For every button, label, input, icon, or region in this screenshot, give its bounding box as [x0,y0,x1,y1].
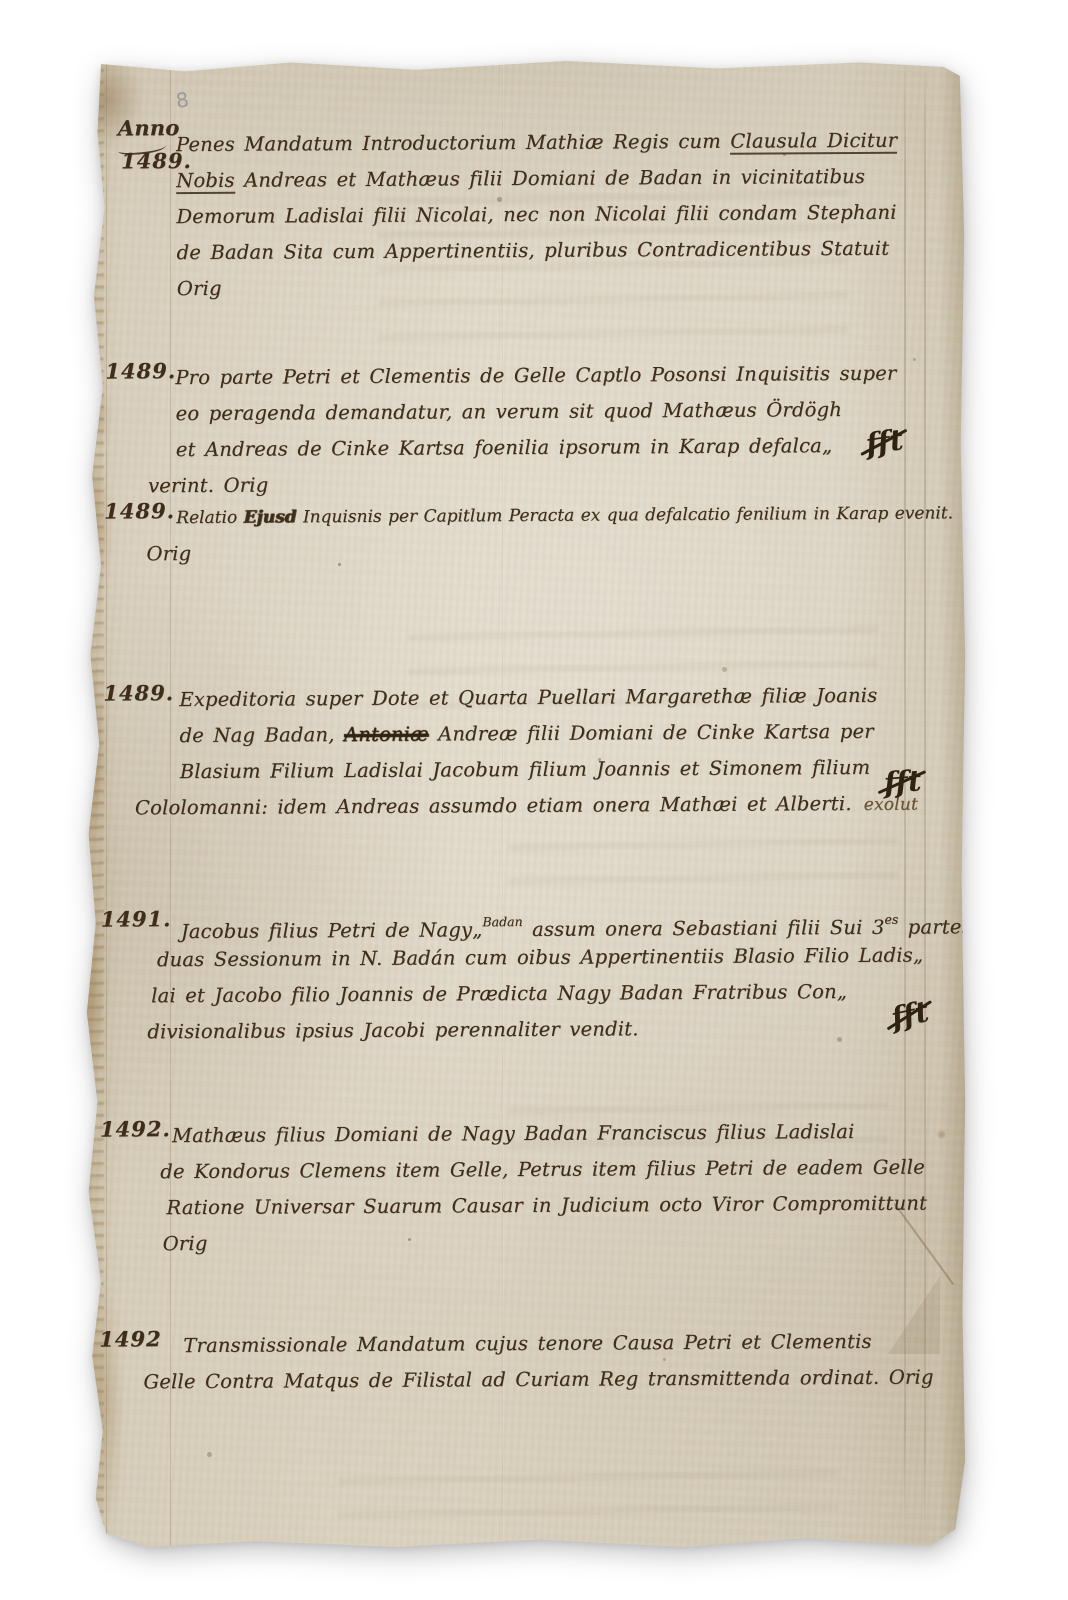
year-column: Anno 1489. [118,115,180,140]
crossed-margin-mark: fft [889,997,932,1033]
entry-text-line: eo peragenda demandatur, an verum sit qu… [176,392,897,432]
superscript-insertion: Badan [482,914,522,929]
entry-year: 1489. [104,498,175,523]
entry-text-line: Jacobus filius Petri de Nagy„Badan assum… [181,901,983,942]
entry-text-line: divisionalibus ipsius Jacobi perennalite… [147,1009,983,1050]
entry-text-line: Gelle Contra Matqus de Filistal ad Curia… [143,1359,933,1400]
entry-text-line: duas Sessionum in N. Badán cum oibus App… [157,937,983,978]
entry-text: Relatio Ejusd Inquisnis per Capitlum Per… [176,495,953,572]
manuscript-page-wrap: 8 Anno 1489. Penes Mandatum Introductori… [78,58,966,1550]
text-segment: Penes Mandatum Introductorium Mathiæ Reg… [176,130,731,156]
entry-year: 1491. [101,906,172,931]
entry-text-line: Blasium Filium Ladislai Jacobum filium J… [180,750,918,791]
entry-text-line: de Badan Sita cum Appertinentiis, plurib… [177,231,899,271]
entry-text-line: Mathæus filius Domiani de Nagy Badan Fra… [172,1114,927,1155]
entry-text-line: Transmissionale Mandatum cujus tenore Ca… [183,1323,933,1364]
orig-notation: Orig [163,1222,928,1263]
entry-year: 1489. [103,680,174,705]
entry-text-line: Nobis Andreas et Mathæus filii Domiani d… [176,159,898,199]
text-segment: de Nag Badan, [180,723,345,747]
text-segment: Andreas et Mathæus filii Domiani de Bada… [235,165,866,192]
struck-through-text: Antoniæ [344,723,429,747]
text-segment: Relatio [176,508,243,528]
text-segment: partes„ [898,915,982,939]
text-segment: Inquisnis per Capitlum Peracta ex qua de… [296,503,953,527]
entry-text-line: Expeditoria super Dote et Quarta Puellar… [179,678,917,719]
text-segment: Jacobus filius Petri de Nagy„ [181,918,483,943]
manuscript-page: 8 Anno 1489. Penes Mandatum Introductori… [78,58,966,1550]
text-segment: Cololomanni: idem Andreas assumdo etiam … [135,792,852,819]
entry-text-line: Ratione Universar Suarum Causar in Judic… [166,1186,927,1227]
underlined-text: Nobis [176,169,235,194]
entry-text: Mathæus filius Domiani de Nagy Badan Fra… [172,1114,928,1263]
entry-year: 1492. [100,1116,171,1141]
crossed-margin-mark: fft [864,425,905,459]
text-segment: Andreæ filii Domiani de Cinke Kartsa per [429,720,874,746]
entry-year: 1489. [105,358,176,383]
superscript-text: es [884,912,898,927]
entry-text: Penes Mandatum Introductorium Mathiæ Reg… [176,123,898,307]
entry-text-line: lai et Jacobo filio Joannis de Prædicta … [151,973,983,1014]
entry-text-line: Cololomanni: idem Andreas assumdo etiam … [135,786,918,827]
entry-text: Pro parte Petri et Clementis de Gelle Ca… [175,356,897,504]
entry-text: Transmissionale Mandatum cujus tenore Ca… [183,1323,934,1400]
entry-text: Jacobus filius Petri de Nagy„Badan assum… [181,901,983,1050]
crossed-margin-mark: fft [883,766,922,798]
photo-backdrop: 8 Anno 1489. Penes Mandatum Introductori… [0,0,1068,1600]
entry-text-line: de Kondorus Clemens item Gelle, Petrus i… [160,1150,927,1191]
underlined-text: Clausula Dicitur [730,129,897,155]
paper-specks [78,58,81,61]
entry-text-line: de Nag Badan, Antoniæ Andreæ filii Domia… [179,714,917,755]
entry-text-line: Demorum Ladislai filii Nicolai, nec non … [176,195,898,235]
overwritten-text: Ejusd [244,507,297,527]
entry-text-line: Penes Mandatum Introductorium Mathiæ Reg… [176,123,898,163]
entry-text-line: Relatio Ejusd Inquisnis per Capitlum Per… [176,495,953,536]
entry-text-line: Pro parte Petri et Clementis de Gelle Ca… [175,356,896,396]
orig-notation: Orig [146,531,953,572]
handwritten-content: Anno 1489. Penes Mandatum Introductorium… [73,55,970,1552]
entry-text: Expeditoria super Dote et Quarta Puellar… [179,678,918,827]
entry-year: 1492 [99,1326,162,1351]
entry-text-line: et Andreas de Cinke Kartsa foenilia ipso… [176,428,897,468]
orig-notation: Orig [177,267,899,307]
anno-heading: Anno [118,115,180,140]
